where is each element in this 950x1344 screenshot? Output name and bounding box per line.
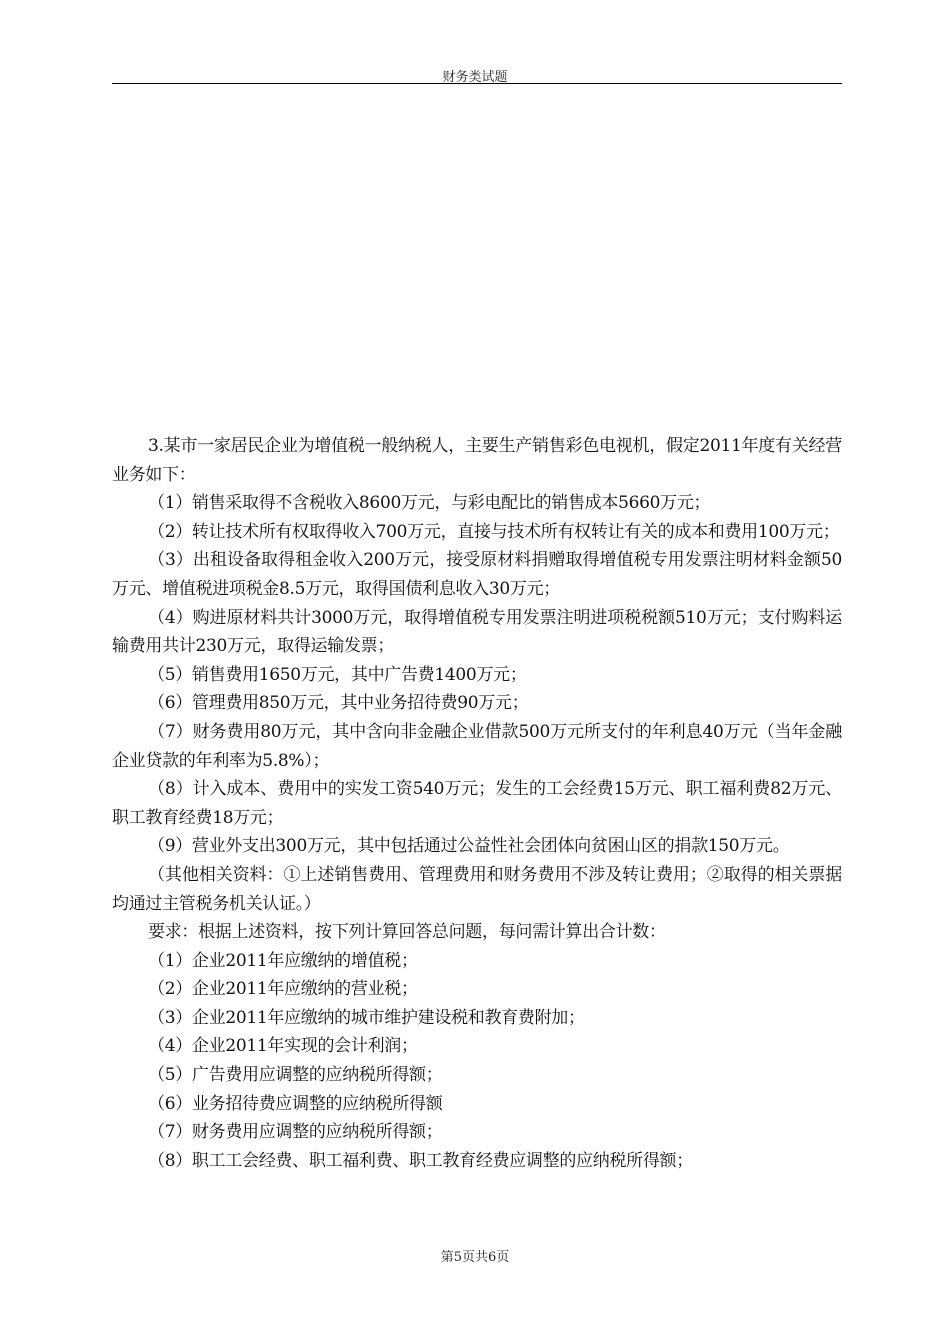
- sub-question-6: （6）业务招待费应调整的应纳税所得额: [112, 1090, 842, 1119]
- sub-question-1: （1）企业2011年应缴纳的增值税；: [112, 947, 842, 976]
- sub-question-4: （4）企业2011年实现的会计利润；: [112, 1032, 842, 1061]
- business-item-7: （7）财务费用80万元，其中含向非金融企业借款500万元所支付的年利息40万元（…: [112, 718, 842, 775]
- question-body: 3.某市一家居民企业为增值税一般纳税人，主要生产销售彩色电视机，假定2011年度…: [112, 432, 842, 1175]
- sub-question-5: （5）广告费用应调整的应纳税所得额；: [112, 1061, 842, 1090]
- requirement: 要求：根据上述资料，按下列计算回答总问题，每问需计算出合计数：: [112, 918, 842, 947]
- sub-question-3: （3）企业2011年应缴纳的城市维护建设税和教育费附加；: [112, 1004, 842, 1033]
- sub-question-2: （2）企业2011年应缴纳的营业税；: [112, 975, 842, 1004]
- sub-question-8: （8）职工工会经费、职工福利费、职工教育经费应调整的应纳税所得额；: [112, 1147, 842, 1176]
- business-item-3: （3）出租设备取得租金收入200万元，接受原材料捐赠取得增值税专用发票注明材料金…: [112, 546, 842, 603]
- business-item-1: （1）销售采取得不含税收入8600万元，与彩电配比的销售成本5660万元；: [112, 489, 842, 518]
- business-item-6: （6）管理费用850万元，其中业务招待费90万元；: [112, 689, 842, 718]
- page-number: 第5页共6页: [0, 1246, 950, 1265]
- business-item-8: （8）计入成本、费用中的实发工资540万元；发生的工会经费15万元、职工福利费8…: [112, 775, 842, 832]
- question-intro: 3.某市一家居民企业为增值税一般纳税人，主要生产销售彩色电视机，假定2011年度…: [112, 432, 842, 489]
- business-item-2: （2）转让技术所有权取得收入700万元，直接与技术所有权转让有关的成本和费用10…: [112, 518, 842, 547]
- business-item-9: （9）营业外支出300万元，其中包括通过公益性社会团体向贫困山区的捐款150万元…: [112, 832, 842, 861]
- header-divider: [112, 83, 842, 84]
- other-info: （其他相关资料：①上述销售费用、管理费用和财务费用不涉及转让费用；②取得的相关票…: [112, 861, 842, 918]
- sub-question-7: （7）财务费用应调整的应纳税所得额；: [112, 1118, 842, 1147]
- business-item-4: （4）购进原材料共计3000万元，取得增值税专用发票注明进项税税额510万元；支…: [112, 604, 842, 661]
- business-item-5: （5）销售费用1650万元，其中广告费1400万元；: [112, 661, 842, 690]
